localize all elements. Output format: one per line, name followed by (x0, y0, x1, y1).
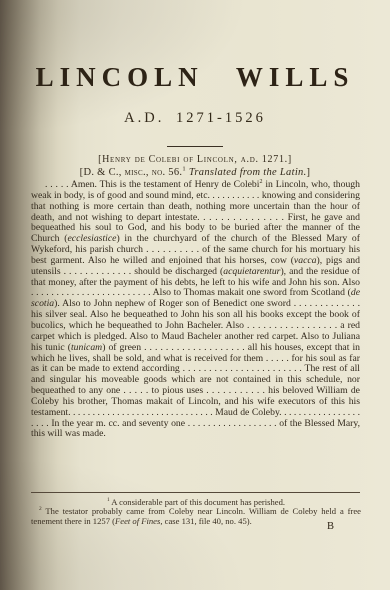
title-divider-rule (167, 146, 223, 147)
printer-signature-mark: B (327, 521, 335, 532)
scanned-book-page: { "page": { "title": "LINCOLN WILLS", "s… (0, 0, 390, 590)
page-title: LINCOLN WILLS (0, 62, 390, 93)
will-heading-testator: [Henry de Colebi of Lincoln, a.d. 1271.] (0, 154, 390, 165)
page-subtitle-date-range: A.D. 1271-1526 (0, 110, 390, 127)
will-source-line: [D. & C., misc., no. 56.1 Translated fro… (0, 167, 390, 178)
footnote-2: 2 The testator probably came from Coleby… (31, 506, 361, 526)
will-body-text: . . . . . Amen. This is the testament of… (31, 180, 360, 440)
footnote-divider-rule (31, 492, 360, 493)
